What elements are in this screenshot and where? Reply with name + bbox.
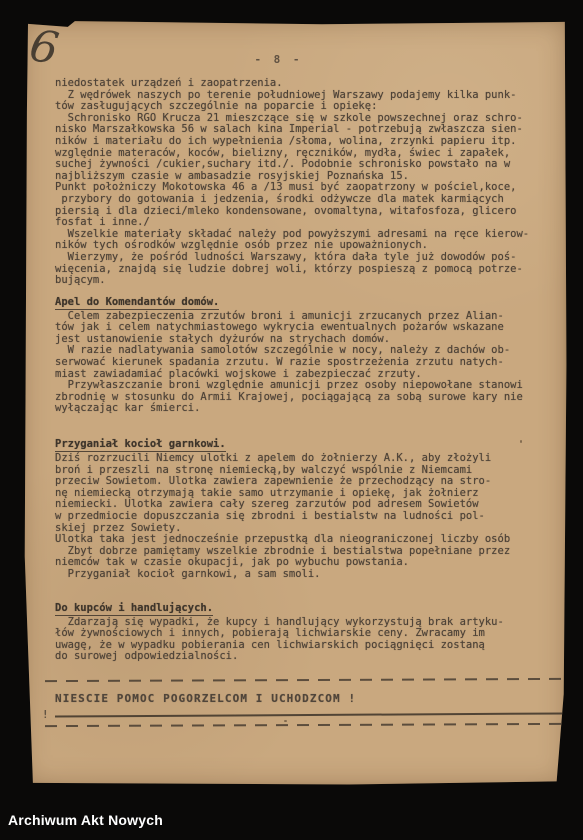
text-line: fosfat i inne./ [55,217,571,229]
dashed-separator-top [45,678,581,682]
text-line: przybory do gotowania i jedzenia, środki… [55,194,571,206]
text-line: w przedmiocie dopuszczania się zbrodni i… [55,511,571,523]
text-line: ników i materiału do ich wypełnienia /sł… [55,136,571,148]
text-line: więcenia, znajdą się ludzie dobrej woli,… [55,264,571,276]
section-body: Celem zabezpieczenia zrzutów broni i amu… [55,311,571,415]
text-line: suchej żywności /cukier,suchary itd./. P… [55,159,571,171]
text-line: wyłączając kar śmierci. [55,403,571,415]
document-body: niedostatek urządzeń i zaopatrzenia. Z w… [55,78,571,726]
text-line: łów żywnościowych i innych, pobierają li… [55,628,571,640]
text-line: Dziś rozrzucili Niemcy ulotki z apelem d… [55,453,571,465]
text-line: bującym. [55,275,571,287]
section-body: Zdarzają się wypadki, że kupcy i handluj… [55,617,571,663]
section-do-kupcow: Do kupców i handlujących. Zdarzają się w… [55,596,571,663]
section-heading: Apel do Komendantów domów. [55,296,219,310]
page-number: - 8 - [6,53,551,66]
section-heading: Do kupców i handlujących. [55,602,213,616]
text-line: Wierzymy, że pośród ludności Warszawy, k… [55,252,571,264]
section-heading: Przyganiał kocioł garnkowi. [55,438,226,452]
solid-rule-row: ! [55,714,571,717]
footer-slogan: NIESCIE POMOC POGORZELCOM I UCHODZCOM ! [55,692,571,705]
text-line: Przyganiał kocioł garnkowi, a sam smoli. [55,569,571,581]
text-line: niedostatek urządzeń i zaopatrzenia. [55,78,571,90]
dashed-separator-bottom [45,723,581,727]
archive-watermark: Archiwum Akt Nowych [8,812,163,828]
section-przyganial-kociol: Przyganiał kocioł garnkowi. Dziś rozrzuc… [55,432,571,581]
intro-paragraphs: niedostatek urządzeń i zaopatrzenia. Z w… [55,78,571,287]
section-body: Dziś rozrzucili Niemcy ulotki z apelem d… [55,453,571,581]
document-page: 6 - 8 - niedostatek urządzeń i zaopatrze… [22,20,567,786]
section-apel-do-komendantow: Apel do Komendantów domów. Celem zabezpi… [55,290,571,415]
text-line: do surowej odpowiedzialności. [55,651,571,663]
photo-background: 6 - 8 - niedostatek urządzeń i zaopatrze… [0,0,583,840]
text-line: serwować kierunek spadania zrzutu. W raz… [55,357,571,369]
stray-typed-mark: ! [42,708,49,721]
solid-rule [55,712,565,717]
